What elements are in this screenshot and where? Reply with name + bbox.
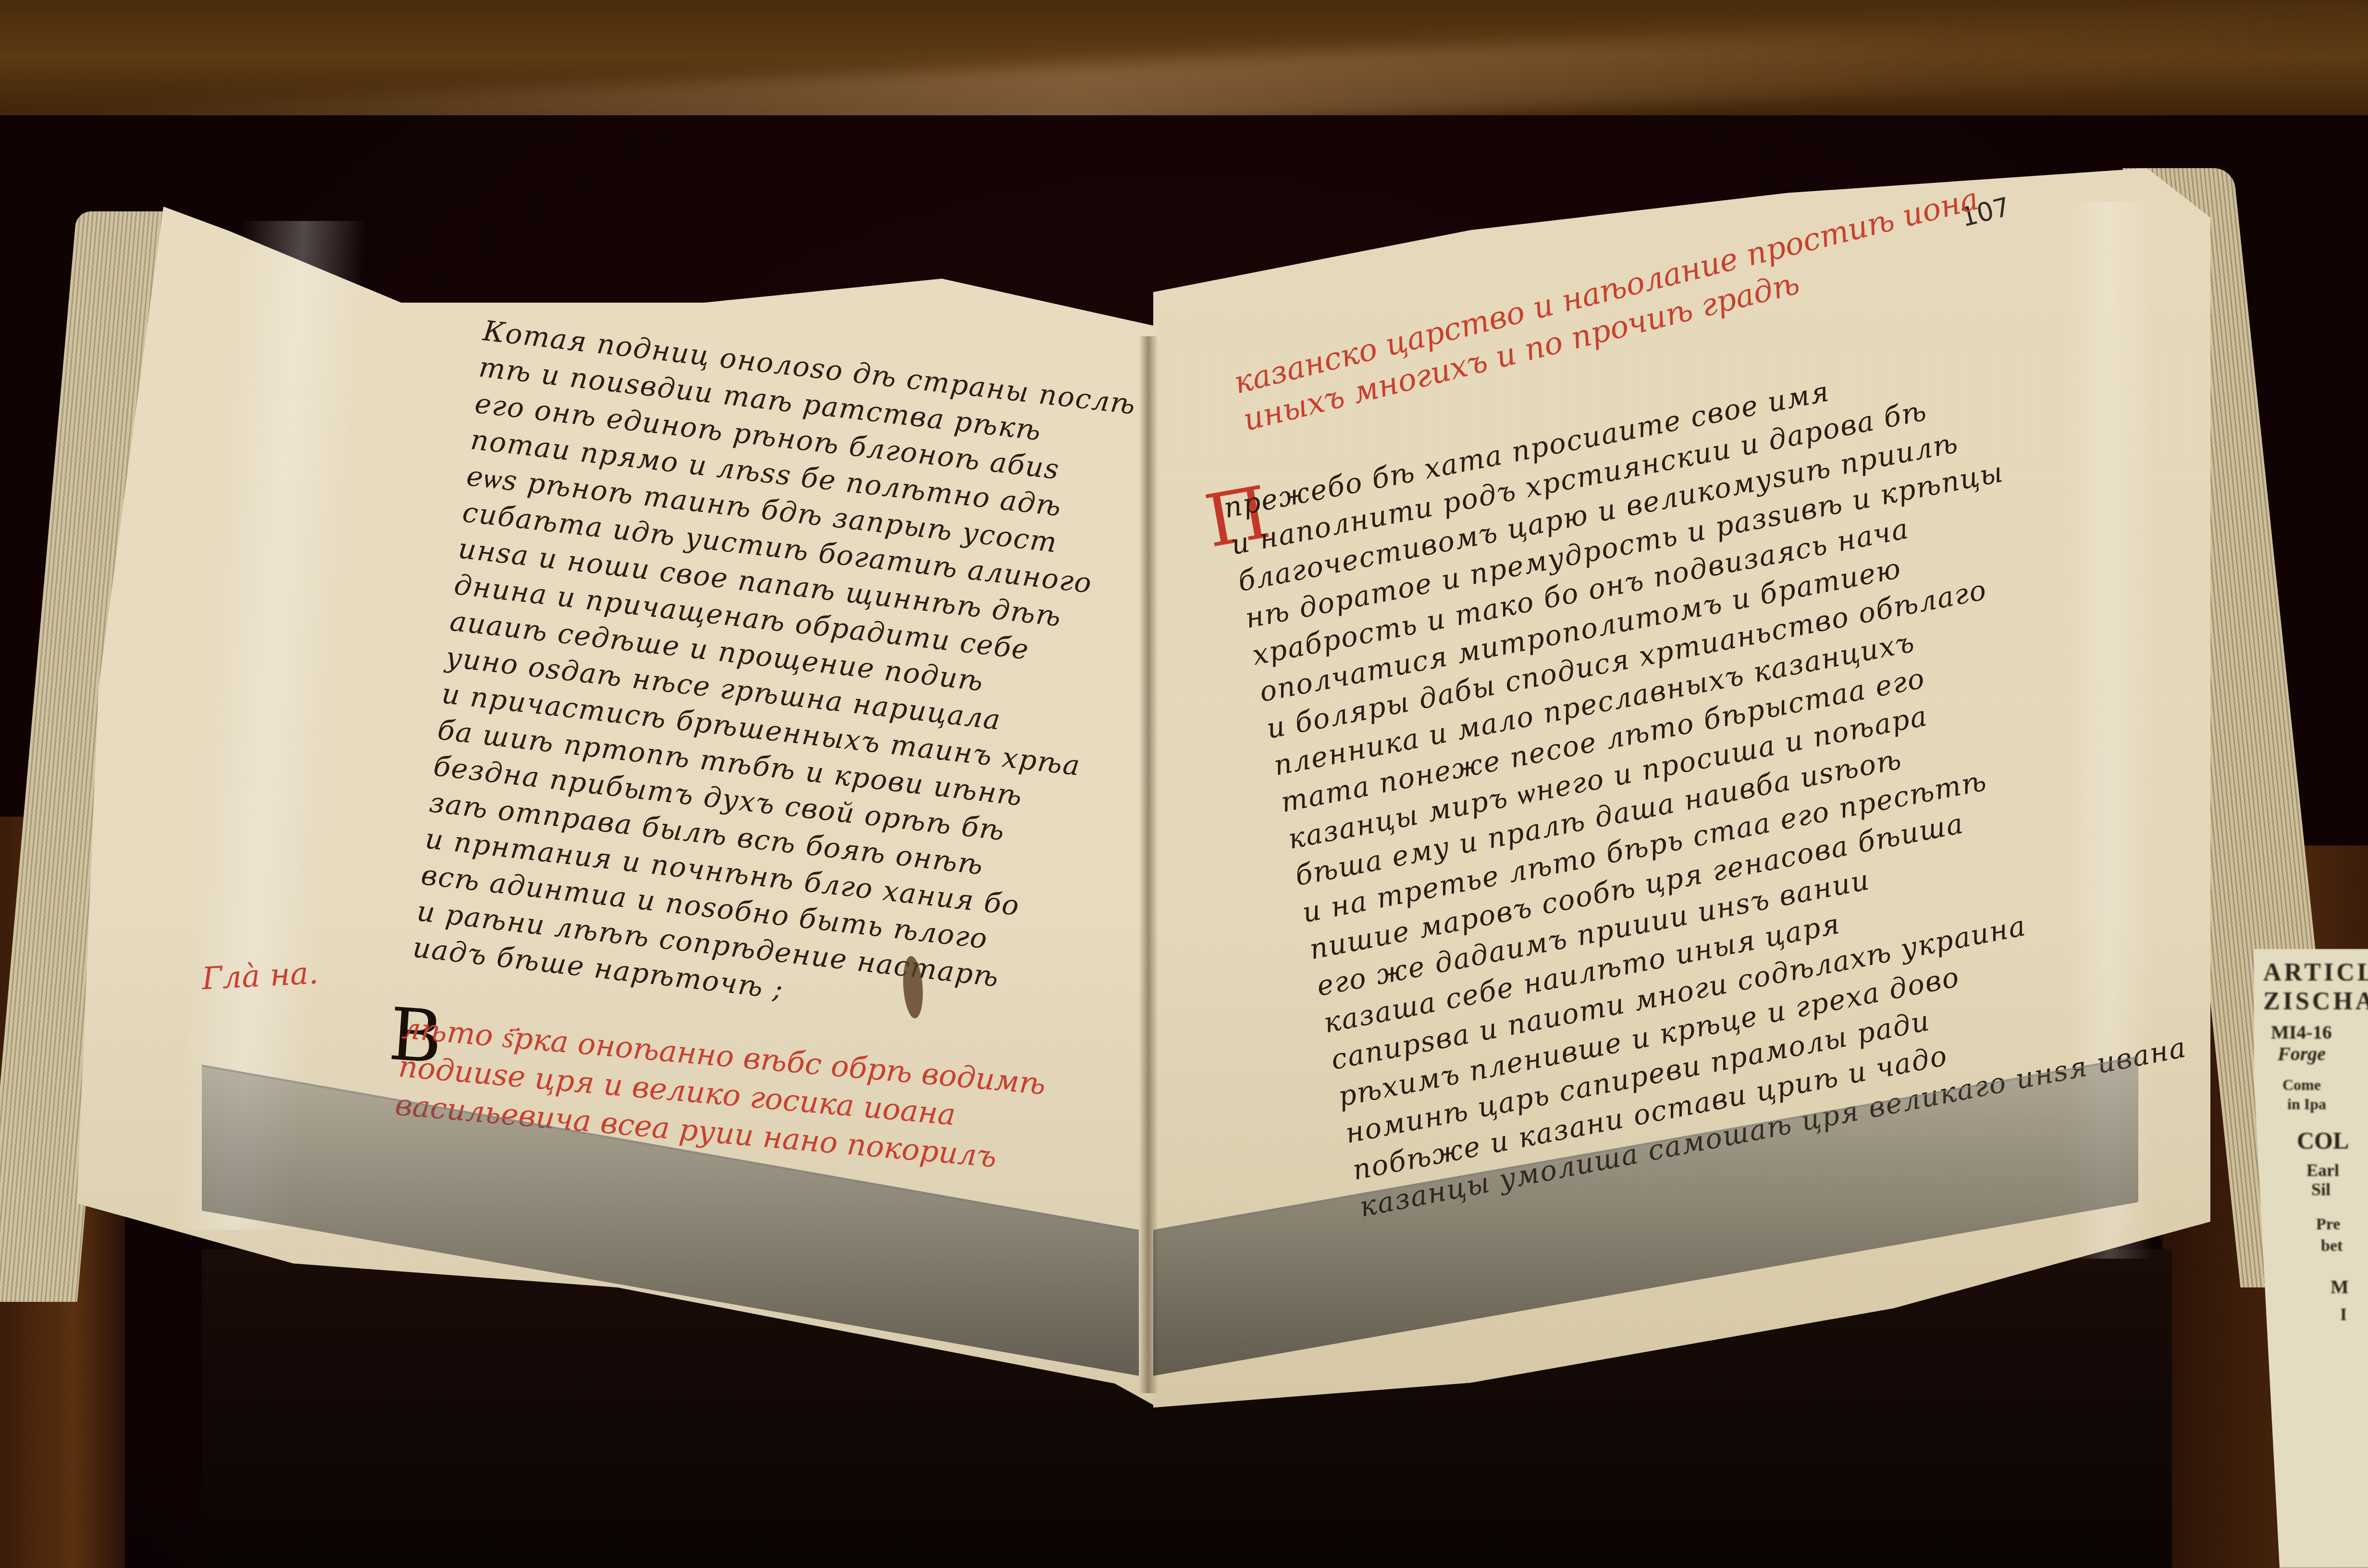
- label-line: ZISCHA: [2263, 987, 2368, 1016]
- label-line: ARTICL: [2263, 958, 2368, 987]
- label-line: Come: [2282, 1076, 2321, 1094]
- label-line: I: [2340, 1304, 2347, 1324]
- label-line: M: [2331, 1275, 2349, 1298]
- label-line: Earl: [2306, 1160, 2339, 1180]
- label-line: Sil: [2311, 1179, 2331, 1200]
- margin-note: Гла̀ на.: [201, 955, 319, 997]
- label-line: Pre: [2316, 1215, 2340, 1234]
- label-line: in Ipa: [2287, 1095, 2326, 1113]
- label-line: bet: [2321, 1237, 2343, 1255]
- label-line: Forge: [2278, 1042, 2326, 1065]
- label-line: MI4-16: [2271, 1021, 2332, 1043]
- left-page-text: Котая подниц онолоѕо дѣ страны послѣ тѣ …: [411, 312, 1138, 1040]
- label-line: COL: [2297, 1127, 2349, 1154]
